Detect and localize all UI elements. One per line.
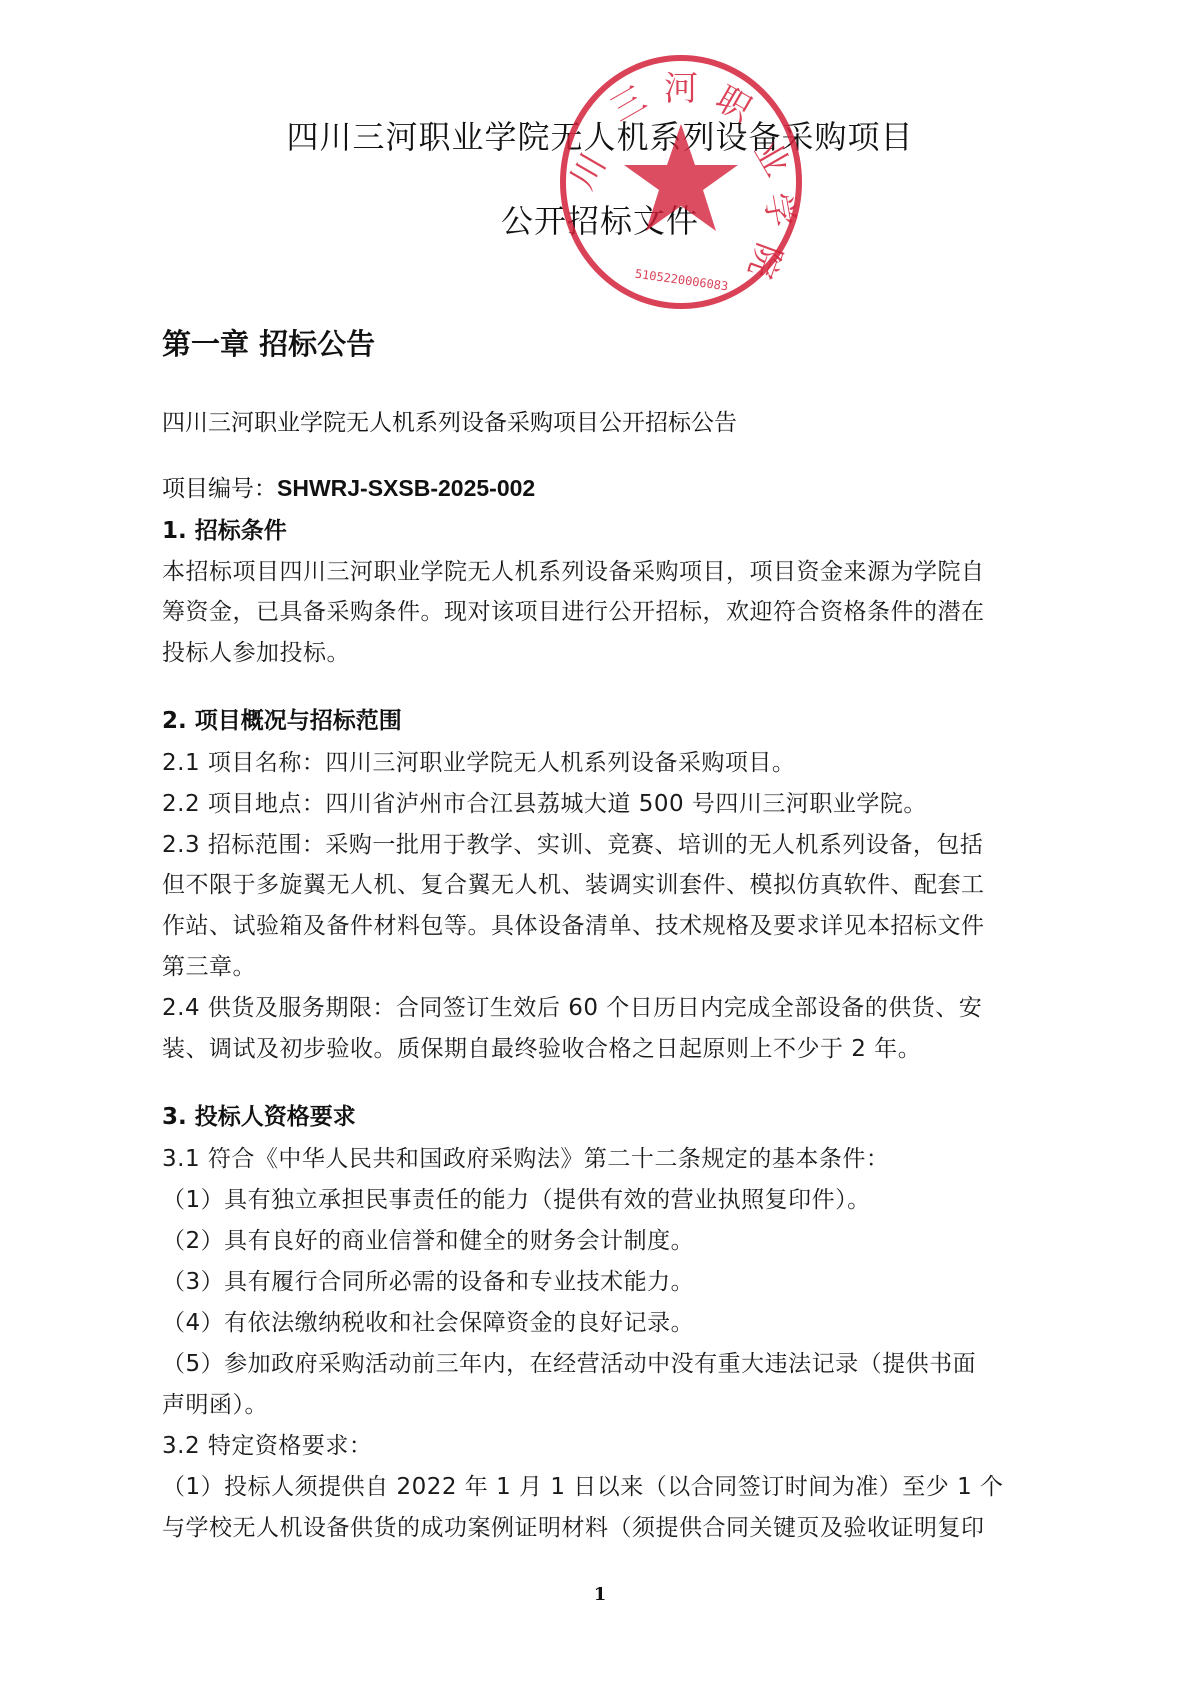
section-2-line: 第三章。 xyxy=(162,948,256,981)
section-2-line: 装、调试及初步验收。质保期自最终验收合格之日起原则上不少于 2 年。 xyxy=(162,1030,921,1063)
section-2-line: 2.1 项目名称：四川三河职业学院无人机系列设备采购项目。 xyxy=(162,744,795,777)
project-number-value: SHWRJ-SXSB-2025-002 xyxy=(277,475,535,501)
section-3-line: （2）具有良好的商业信誉和健全的财务会计制度。 xyxy=(162,1222,694,1255)
section-2-line: 2.3 招标范围：采购一批用于教学、实训、竞赛、培训的无人机系列设备，包括 xyxy=(162,826,983,859)
section-2-heading: 2. 项目概况与招标范围 xyxy=(162,702,402,735)
page-number: 1 xyxy=(0,1584,1200,1605)
seal-char: 河 xyxy=(664,69,698,109)
official-seal-icon: 川 三 河 职 业 学 院 5105220006083 xyxy=(556,52,806,312)
section-3-line: 3.2 特定资格要求： xyxy=(162,1427,372,1460)
seal-char: 院 xyxy=(740,238,789,284)
section-1-heading: 1. 招标条件 xyxy=(162,512,287,545)
document-title-line-2: 公开招标文件 xyxy=(0,196,1200,242)
document-page: 四川三河职业学院无人机系列设备采购项目 公开招标文件 第一章 招标公告 四川三河… xyxy=(0,0,1200,1698)
section-3-line: 与学校无人机设备供货的成功案例证明材料（须提供合同关键页及验收证明复印 xyxy=(162,1509,985,1542)
section-3-line: 声明函）。 xyxy=(162,1386,268,1419)
section-2-line: 作站、试验箱及备件材料包等。具体设备清单、技术规格及要求详见本招标文件 xyxy=(162,907,985,940)
section-1-line: 本招标项目四川三河职业学院无人机系列设备采购项目，项目资金来源为学院自 xyxy=(162,553,985,586)
document-title-line-1: 四川三河职业学院无人机系列设备采购项目 xyxy=(0,112,1200,158)
section-2-line: 但不限于多旋翼无人机、复合翼无人机、装调实训套件、模拟仿真软件、配套工 xyxy=(162,866,985,899)
notice-title: 四川三河职业学院无人机系列设备采购项目公开招标公告 xyxy=(162,404,737,437)
section-1-line: 投标人参加投标。 xyxy=(162,634,350,667)
section-3-heading: 3. 投标人资格要求 xyxy=(162,1098,356,1131)
section-3-line: （1）投标人须提供自 2022 年 1 月 1 日以来（以合同签订时间为准）至少… xyxy=(162,1468,1004,1501)
section-3-line: （1）具有独立承担民事责任的能力（提供有效的营业执照复印件）。 xyxy=(162,1181,871,1214)
section-3-line: （3）具有履行合同所必需的设备和专业技术能力。 xyxy=(162,1263,694,1296)
chapter-title: 第一章 招标公告 xyxy=(162,322,375,363)
section-3-line: （5）参加政府采购活动前三年内，在经营活动中没有重大违法记录（提供书面 xyxy=(162,1345,976,1378)
project-number: 项目编号：SHWRJ-SXSB-2025-002 xyxy=(162,470,535,503)
section-3-line: （4）有依法缴纳税收和社会保障资金的良好记录。 xyxy=(162,1304,694,1337)
section-2-line: 2.4 供货及服务期限：合同签订生效后 60 个日历日内完成全部设备的供货、安 xyxy=(162,989,982,1022)
section-3-line: 3.1 符合《中华人民共和国政府采购法》第二十二条规定的基本条件： xyxy=(162,1140,889,1173)
seal-serial: 5105220006083 xyxy=(634,267,729,294)
partial-seal-icon xyxy=(1188,970,1200,1120)
section-2-line: 2.2 项目地点：四川省泸州市合江县荔城大道 500 号四川三河职业学院。 xyxy=(162,785,927,818)
section-1-line: 筹资金，已具备采购条件。现对该项目进行公开招标，欢迎符合资格条件的潜在 xyxy=(162,593,985,626)
project-number-label: 项目编号： xyxy=(162,476,277,502)
